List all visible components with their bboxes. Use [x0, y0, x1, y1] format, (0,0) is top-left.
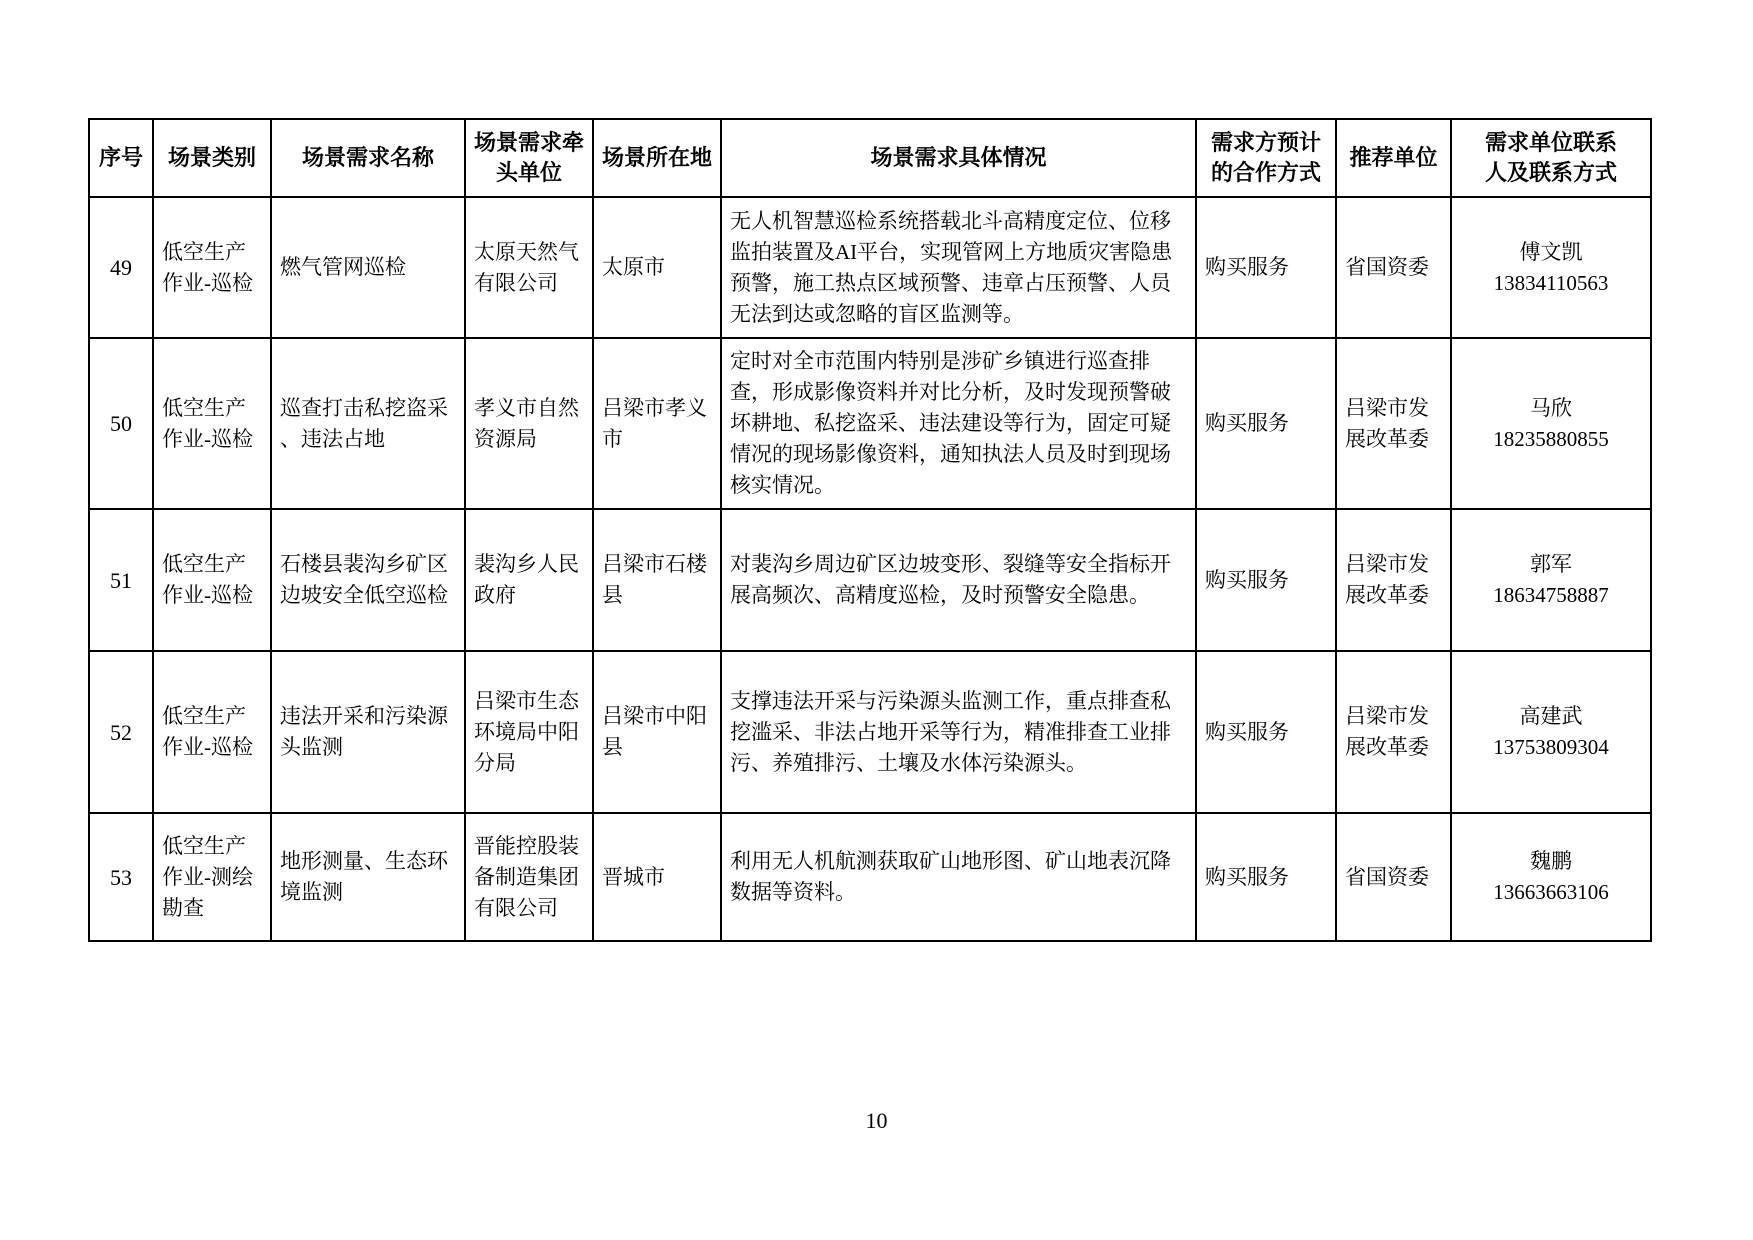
cell-location: 太原市 [593, 197, 721, 338]
cell-details: 支撑违法开采与污染源头监测工作，重点排查私 挖滥采、非法占地开采等行为，精准排查… [721, 651, 1196, 813]
cell-location: 吕梁市中阳 县 [593, 651, 721, 813]
table-row: 50 低空生产 作业-巡检 巡查打击私挖盗采 、违法占地 孝义市自然 资源局 吕… [89, 338, 1651, 509]
table-row: 49 低空生产 作业-巡检 燃气管网巡检 太原天然气 有限公司 太原市 无人机智… [89, 197, 1651, 338]
header-name: 场景需求名称 [271, 119, 465, 197]
table-row: 51 低空生产 作业-巡检 石楼县裴沟乡矿区 边坡安全低空巡检 裴沟乡人民 政府… [89, 509, 1651, 651]
cell-recommender: 吕梁市发 展改革委 [1336, 509, 1451, 651]
scene-demand-table: 序号 场景类别 场景需求名称 场景需求牵 头单位 场景所在地 场景需求具体情况 … [88, 118, 1652, 942]
cell-location: 晋城市 [593, 813, 721, 941]
cell-seq: 51 [89, 509, 153, 651]
cell-lead-unit: 孝义市自然 资源局 [465, 338, 593, 509]
header-location: 场景所在地 [593, 119, 721, 197]
cell-name: 地形测量、生态环 境监测 [271, 813, 465, 941]
cell-cooperation: 购买服务 [1196, 651, 1336, 813]
header-cooperation: 需求方预计 的合作方式 [1196, 119, 1336, 197]
cell-lead-unit: 晋能控股装 备制造集团 有限公司 [465, 813, 593, 941]
cell-lead-unit: 吕梁市生态 环境局中阳 分局 [465, 651, 593, 813]
table-row: 52 低空生产 作业-巡检 违法开采和污染源 头监测 吕梁市生态 环境局中阳 分… [89, 651, 1651, 813]
cell-seq: 50 [89, 338, 153, 509]
cell-cooperation: 购买服务 [1196, 338, 1336, 509]
cell-seq: 53 [89, 813, 153, 941]
cell-lead-unit: 裴沟乡人民 政府 [465, 509, 593, 651]
cell-name: 违法开采和污染源 头监测 [271, 651, 465, 813]
header-details: 场景需求具体情况 [721, 119, 1196, 197]
cell-name: 巡查打击私挖盗采 、违法占地 [271, 338, 465, 509]
cell-cooperation: 购买服务 [1196, 813, 1336, 941]
cell-contact: 郭军 18634758887 [1451, 509, 1651, 651]
header-seq: 序号 [89, 119, 153, 197]
cell-contact: 高建武 13753809304 [1451, 651, 1651, 813]
cell-details: 无人机智慧巡检系统搭载北斗高精度定位、位移 监拍装置及AI平台，实现管网上方地质… [721, 197, 1196, 338]
page-number: 10 [0, 1108, 1753, 1134]
cell-recommender: 省国资委 [1336, 197, 1451, 338]
cell-location: 吕梁市孝义 市 [593, 338, 721, 509]
header-recommender: 推荐单位 [1336, 119, 1451, 197]
cell-details: 对裴沟乡周边矿区边坡变形、裂缝等安全指标开 展高频次、高精度巡检，及时预警安全隐… [721, 509, 1196, 651]
cell-recommender: 吕梁市发 展改革委 [1336, 651, 1451, 813]
cell-details: 利用无人机航测获取矿山地形图、矿山地表沉降 数据等资料。 [721, 813, 1196, 941]
cell-category: 低空生产 作业-巡检 [153, 197, 271, 338]
cell-seq: 49 [89, 197, 153, 338]
cell-cooperation: 购买服务 [1196, 197, 1336, 338]
cell-category: 低空生产 作业-巡检 [153, 651, 271, 813]
cell-recommender: 吕梁市发 展改革委 [1336, 338, 1451, 509]
cell-category: 低空生产 作业-巡检 [153, 509, 271, 651]
cell-cooperation: 购买服务 [1196, 509, 1336, 651]
cell-seq: 52 [89, 651, 153, 813]
header-lead-unit: 场景需求牵 头单位 [465, 119, 593, 197]
cell-category: 低空生产 作业-巡检 [153, 338, 271, 509]
table-header-row: 序号 场景类别 场景需求名称 场景需求牵 头单位 场景所在地 场景需求具体情况 … [89, 119, 1651, 197]
cell-lead-unit: 太原天然气 有限公司 [465, 197, 593, 338]
cell-recommender: 省国资委 [1336, 813, 1451, 941]
header-category: 场景类别 [153, 119, 271, 197]
cell-contact: 魏鹏 13663663106 [1451, 813, 1651, 941]
cell-contact: 马欣 18235880855 [1451, 338, 1651, 509]
cell-details: 定时对全市范围内特别是涉矿乡镇进行巡查排 查，形成影像资料并对比分析，及时发现预… [721, 338, 1196, 509]
cell-location: 吕梁市石楼 县 [593, 509, 721, 651]
cell-category: 低空生产 作业-测绘 勘查 [153, 813, 271, 941]
document-page: 序号 场景类别 场景需求名称 场景需求牵 头单位 场景所在地 场景需求具体情况 … [0, 0, 1753, 1240]
cell-contact: 傅文凯 13834110563 [1451, 197, 1651, 338]
cell-name: 石楼县裴沟乡矿区 边坡安全低空巡检 [271, 509, 465, 651]
header-contact: 需求单位联系 人及联系方式 [1451, 119, 1651, 197]
table-row: 53 低空生产 作业-测绘 勘查 地形测量、生态环 境监测 晋能控股装 备制造集… [89, 813, 1651, 941]
cell-name: 燃气管网巡检 [271, 197, 465, 338]
